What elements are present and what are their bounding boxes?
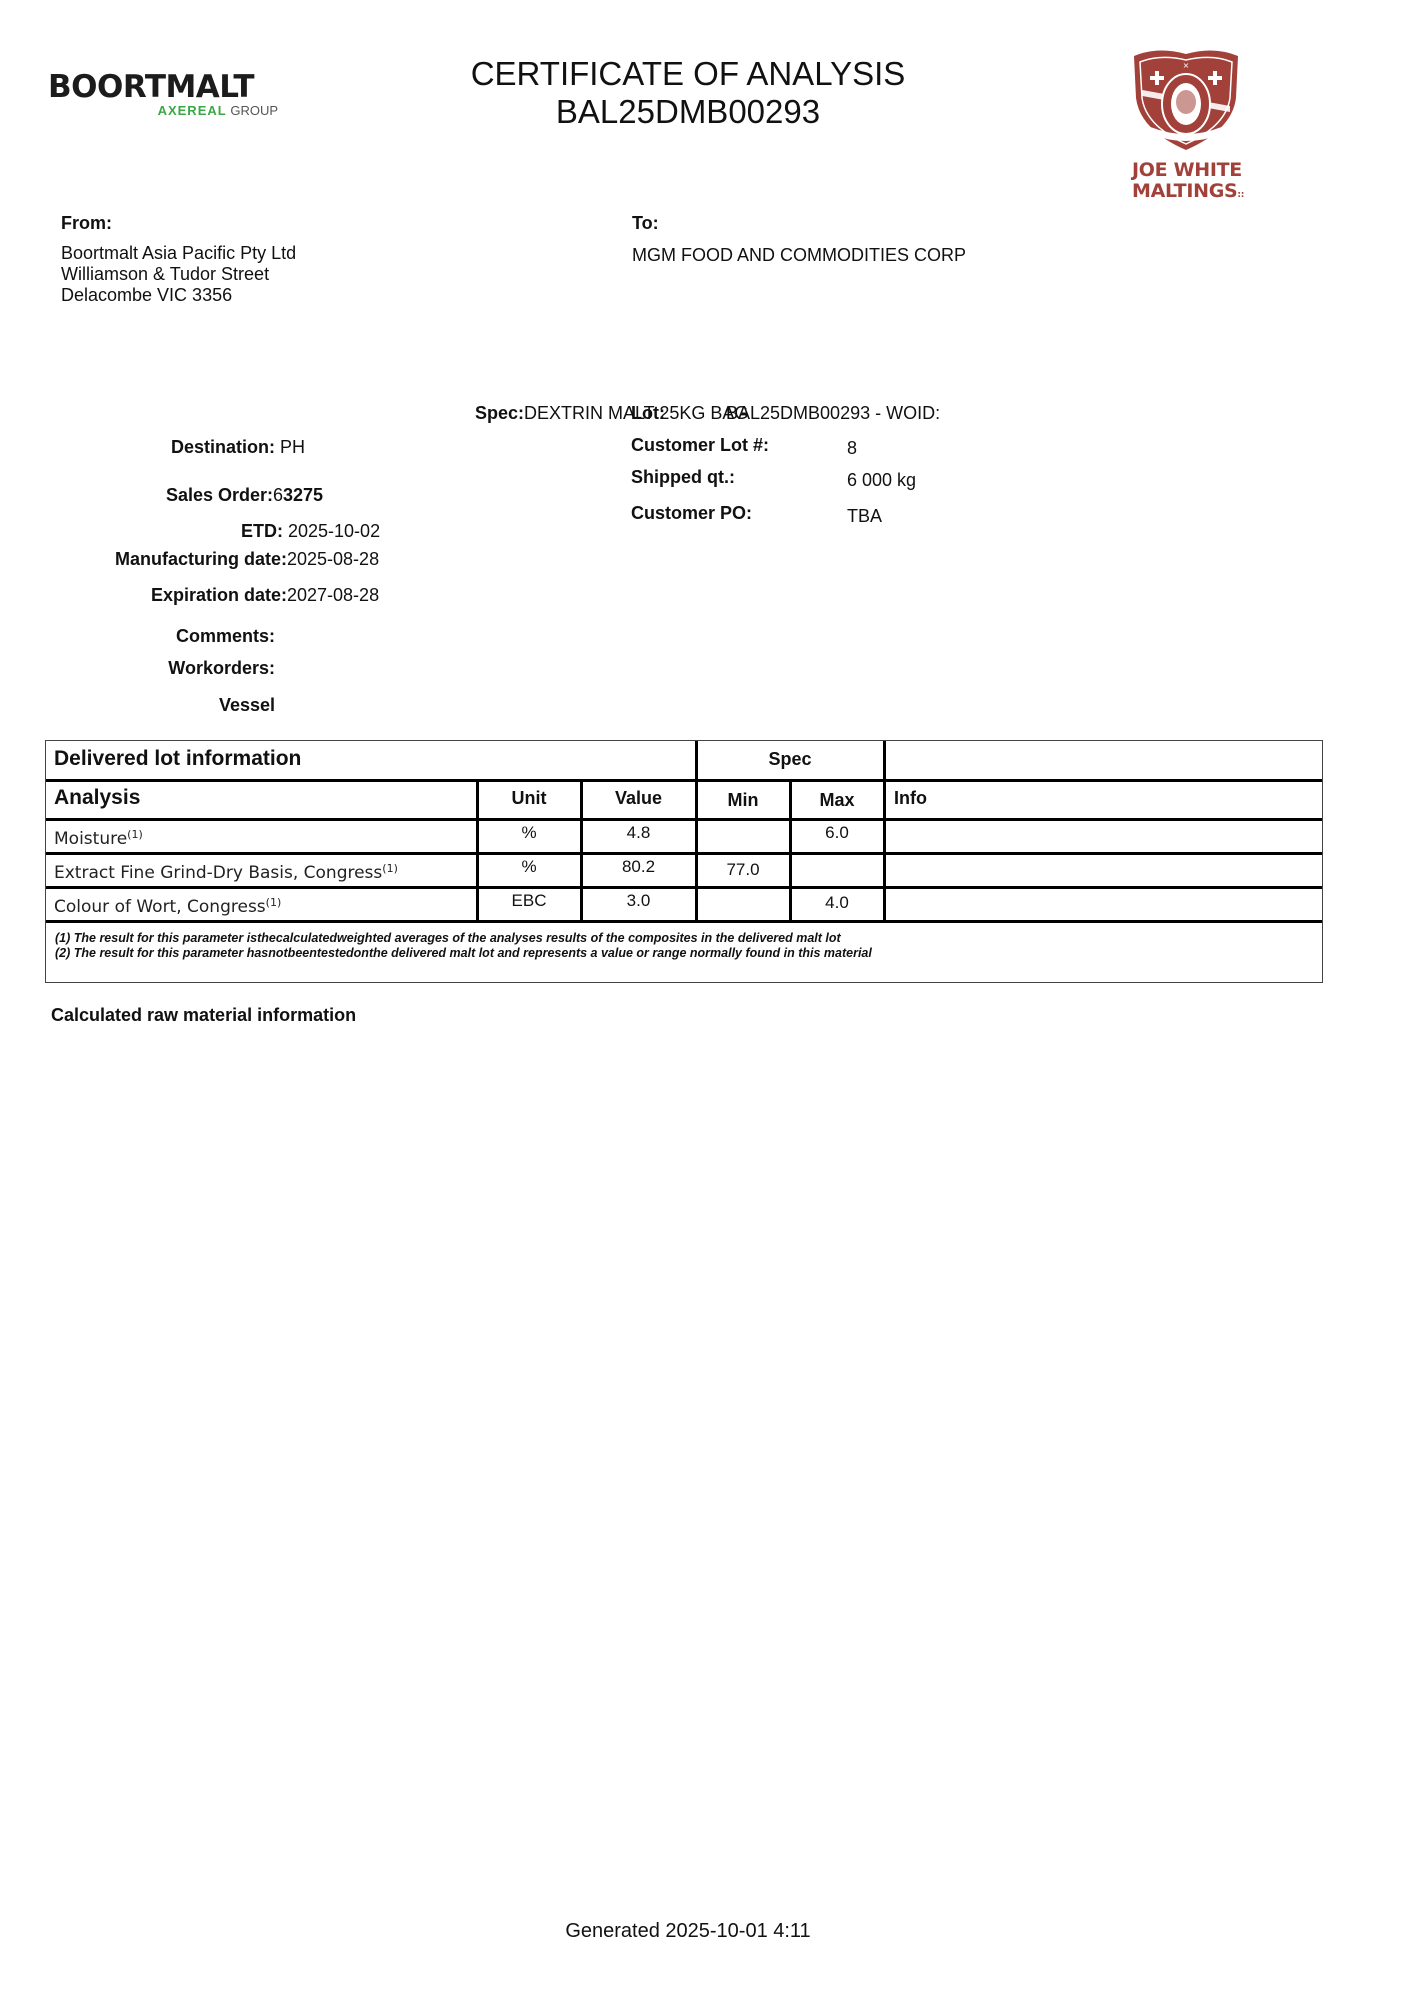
comments-label-text: Comments: [176,626,275,646]
footnote-ref: (1) [382,862,398,875]
etd-label: ETD: [241,520,283,542]
min-cell: 77.0 [697,860,789,880]
sales-order-label-text: Sales Order: [166,485,273,505]
expiration-date-label: Expiration date: [151,584,287,606]
workorders-label-text: Workorders: [168,658,275,678]
customer-lot-label: Customer Lot #: [631,434,769,456]
col-info: Info [894,788,927,809]
destination-label-text: Destination: [171,437,275,457]
from-label: From: [61,213,112,234]
spec-group-header: Spec [697,749,883,770]
generated-timestamp: Generated 2025-10-01 4:11 [400,1920,976,1943]
vessel-label-text: Vessel [219,695,275,715]
destination-label: Destination: [171,436,275,458]
analysis-name: Colour of Wort, Congress(1) [54,896,281,917]
workorders-label: Workorders: [168,657,275,679]
manufacturing-date-label: Manufacturing date: [115,548,287,570]
table-footnotes: (1) The result for this parameter isthec… [55,931,872,961]
footnote-ref: (1) [266,896,282,909]
unit-cell: EBC [478,891,580,911]
boortmalt-wordmark: BOORTMALT [48,68,254,106]
section-title-delivered-lot: Delivered lot information [54,747,301,771]
lot-label: Lot: [631,402,665,424]
crest-icon: × [1128,46,1244,152]
footnote-ref: (1) [127,828,143,841]
footnote-1: (1) The result for this parameter isthec… [55,931,872,946]
sales-order-value: 63275 [273,484,323,506]
calculated-raw-material-title: Calculated raw material information [51,1005,356,1026]
sales-order-label: Sales Order: [166,484,273,506]
etd-label-text: ETD: [241,521,283,541]
analysis-name-text: Colour of Wort, Congress [54,897,266,917]
joe-white-maltings-wordmark: JOE WHITE MALTINGS:: [1132,160,1260,206]
vessel-label: Vessel [219,694,275,716]
customer-po-value: TBA [847,505,882,527]
joe-white-maltings-logo: × JOE WHITE MALTINGS:: [1120,46,1260,206]
delivered-lot-table: Delivered lot information Spec Analysis … [45,740,1323,983]
destination-value: PH [280,436,305,458]
boortmalt-logo: BOORTMALT AXEREAL GROUP [48,68,280,120]
from-address: Boortmalt Asia Pacific Pty Ltd Williamso… [61,243,296,306]
jw-line2-text: MALTINGS [1132,180,1237,202]
expiration-date-value: 2027-08-28 [287,584,379,606]
manufacturing-date-label-text: Manufacturing date: [115,549,287,569]
customer-lot-value: 8 [847,437,857,459]
from-line-street: Williamson & Tudor Street [61,264,296,285]
value-cell: 4.8 [582,823,695,843]
to-label: To: [632,213,659,234]
lot-value: BAL25DMB00293 - WOID: [726,402,940,424]
axereal-group-tagline: AXEREAL GROUP [158,104,278,118]
from-line-city: Delacombe VIC 3356 [61,285,296,306]
jw-line1: JOE WHITE [1132,160,1260,181]
comments-label: Comments: [176,625,275,647]
col-unit: Unit [478,788,580,809]
unit-cell: % [478,823,580,843]
analysis-name-text: Extract Fine Grind-Dry Basis, Congress [54,863,382,883]
footnote-2: (2) The result for this parameter hasnot… [55,946,872,961]
group-word: GROUP [230,103,278,118]
document-title: CERTIFICATE OF ANALYSIS BAL25DMB00293 [400,55,976,131]
expiration-date-label-text: Expiration date: [151,585,287,605]
analysis-name: Moisture(1) [54,828,143,849]
customer-po-label: Customer PO: [631,502,752,524]
sales-order-value-rest: 3275 [283,485,323,505]
max-cell: 6.0 [791,823,883,843]
spec-field: Spec: [475,402,524,424]
title-line-certificate: CERTIFICATE OF ANALYSIS [400,55,976,93]
jw-line2: MALTINGS:: [1132,181,1260,206]
etd-value: 2025-10-02 [288,520,380,542]
col-value: Value [582,788,695,809]
analysis-name-text: Moisture [54,829,127,849]
title-line-lot-number: BAL25DMB00293 [400,93,976,131]
to-value: MGM FOOD AND COMMODITIES CORP [632,245,966,266]
col-max: Max [791,790,883,811]
max-cell: 4.0 [791,893,883,913]
from-line-company: Boortmalt Asia Pacific Pty Ltd [61,243,296,264]
shipped-qty-label: Shipped qt.: [631,466,735,488]
sales-order-value-prefix: 6 [273,485,283,505]
shipped-qty-value: 6 000 kg [847,469,916,491]
unit-cell: % [478,857,580,877]
svg-text:×: × [1183,61,1190,70]
axereal-brand: AXEREAL [158,103,227,118]
value-cell: 80.2 [582,857,695,877]
spec-label: Spec: [475,403,524,423]
col-min: Min [697,790,789,811]
col-analysis: Analysis [54,786,140,810]
analysis-name: Extract Fine Grind-Dry Basis, Congress(1… [54,862,398,883]
value-cell: 3.0 [582,891,695,911]
manufacturing-date-value: 2025-08-28 [287,548,379,570]
